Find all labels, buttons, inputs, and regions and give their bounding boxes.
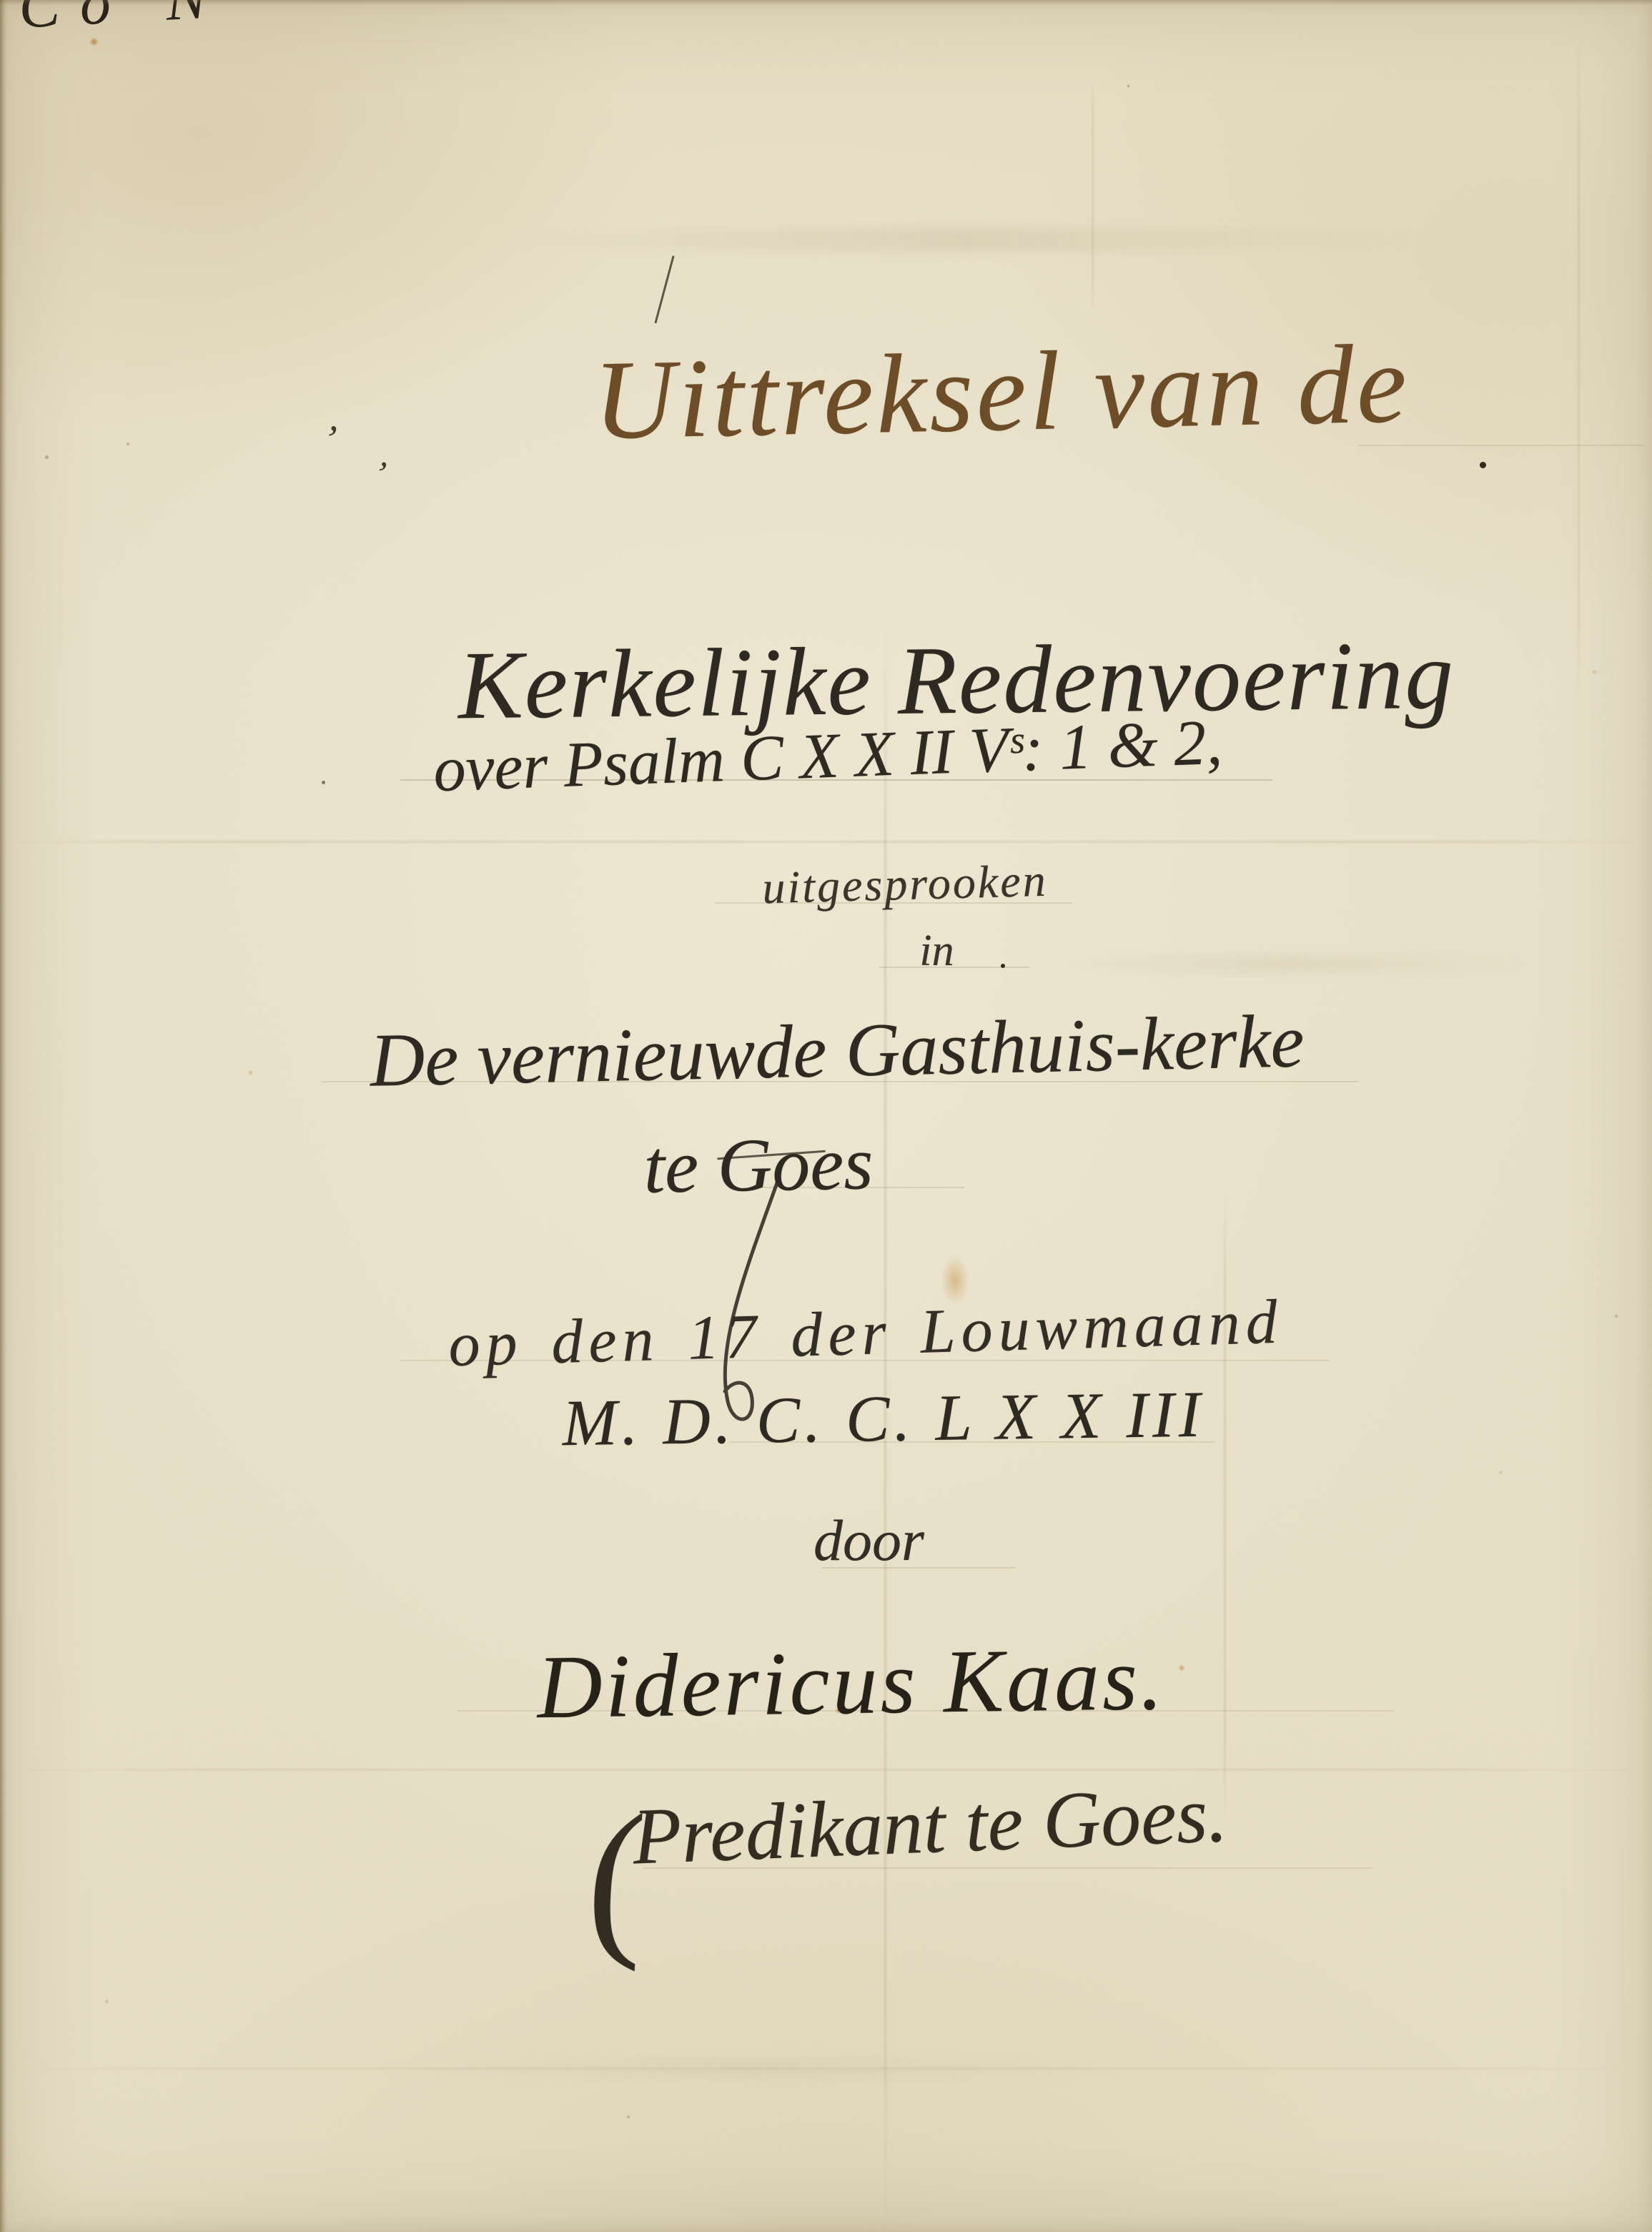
line-in: in — [919, 927, 954, 975]
page-edge-shadow — [0, 0, 7, 2232]
foxing-spot — [626, 2115, 630, 2119]
foxing-spot — [247, 1070, 254, 1076]
manuscript-page: Co N , , Uittreksel van de Kerkelijke Re… — [0, 0, 1652, 2232]
crease-line — [0, 841, 1652, 843]
guide-line — [879, 967, 1029, 968]
ink-dot — [1001, 964, 1005, 968]
line-gasthuis-kerke: De vernieuwde Gasthuis-kerke — [369, 999, 1305, 1102]
foxing-spot — [1178, 1664, 1185, 1671]
crease-line — [1578, 29, 1580, 715]
crease-line — [1224, 1187, 1226, 1830]
crease-line — [1092, 79, 1094, 315]
foxing-spot — [1127, 84, 1130, 88]
foxing-spot — [1591, 669, 1597, 675]
crease-line — [0, 1769, 1652, 1771]
title-line-uittreksel: Uittreksel van de — [592, 322, 1410, 463]
foxing-spot — [1614, 1314, 1618, 1318]
line-predikant-text: Predikant te Goes. — [630, 1770, 1229, 1882]
ink-dot — [1480, 462, 1486, 468]
line-uitgesprooken: uitgesprooken — [761, 856, 1048, 914]
show-through-smudge — [1037, 954, 1537, 973]
ink-dot — [322, 781, 325, 784]
line-te-goes: te Goes — [643, 1122, 874, 1209]
line-roman-year: M. D. C. C. L X X III — [562, 1378, 1205, 1460]
show-through-smudge — [357, 2059, 1144, 2078]
foxing-spot — [1498, 1470, 1503, 1475]
line-predikant-te-goes: (Predikant te Goes. — [580, 1771, 1229, 1884]
corner-inscription-fragment: Co N — [17, 0, 229, 43]
ink-tick-mark: , — [327, 397, 343, 438]
line-door: door — [813, 1508, 924, 1573]
ink-tick-mark: , — [378, 435, 395, 473]
line-author-name: Didericus Kaas. — [536, 1630, 1166, 1738]
foxing-spot — [104, 1999, 109, 2004]
show-through-smudge — [500, 227, 1430, 252]
page-edge-shadow — [0, 0, 1652, 5]
flourished-parenthesis: ( — [584, 1876, 641, 1883]
foxing-spot — [126, 442, 130, 446]
stray-pen-stroke — [654, 255, 674, 323]
line-date: op den 17 der Louwmaand — [447, 1288, 1284, 1381]
foxing-spot — [44, 455, 49, 460]
